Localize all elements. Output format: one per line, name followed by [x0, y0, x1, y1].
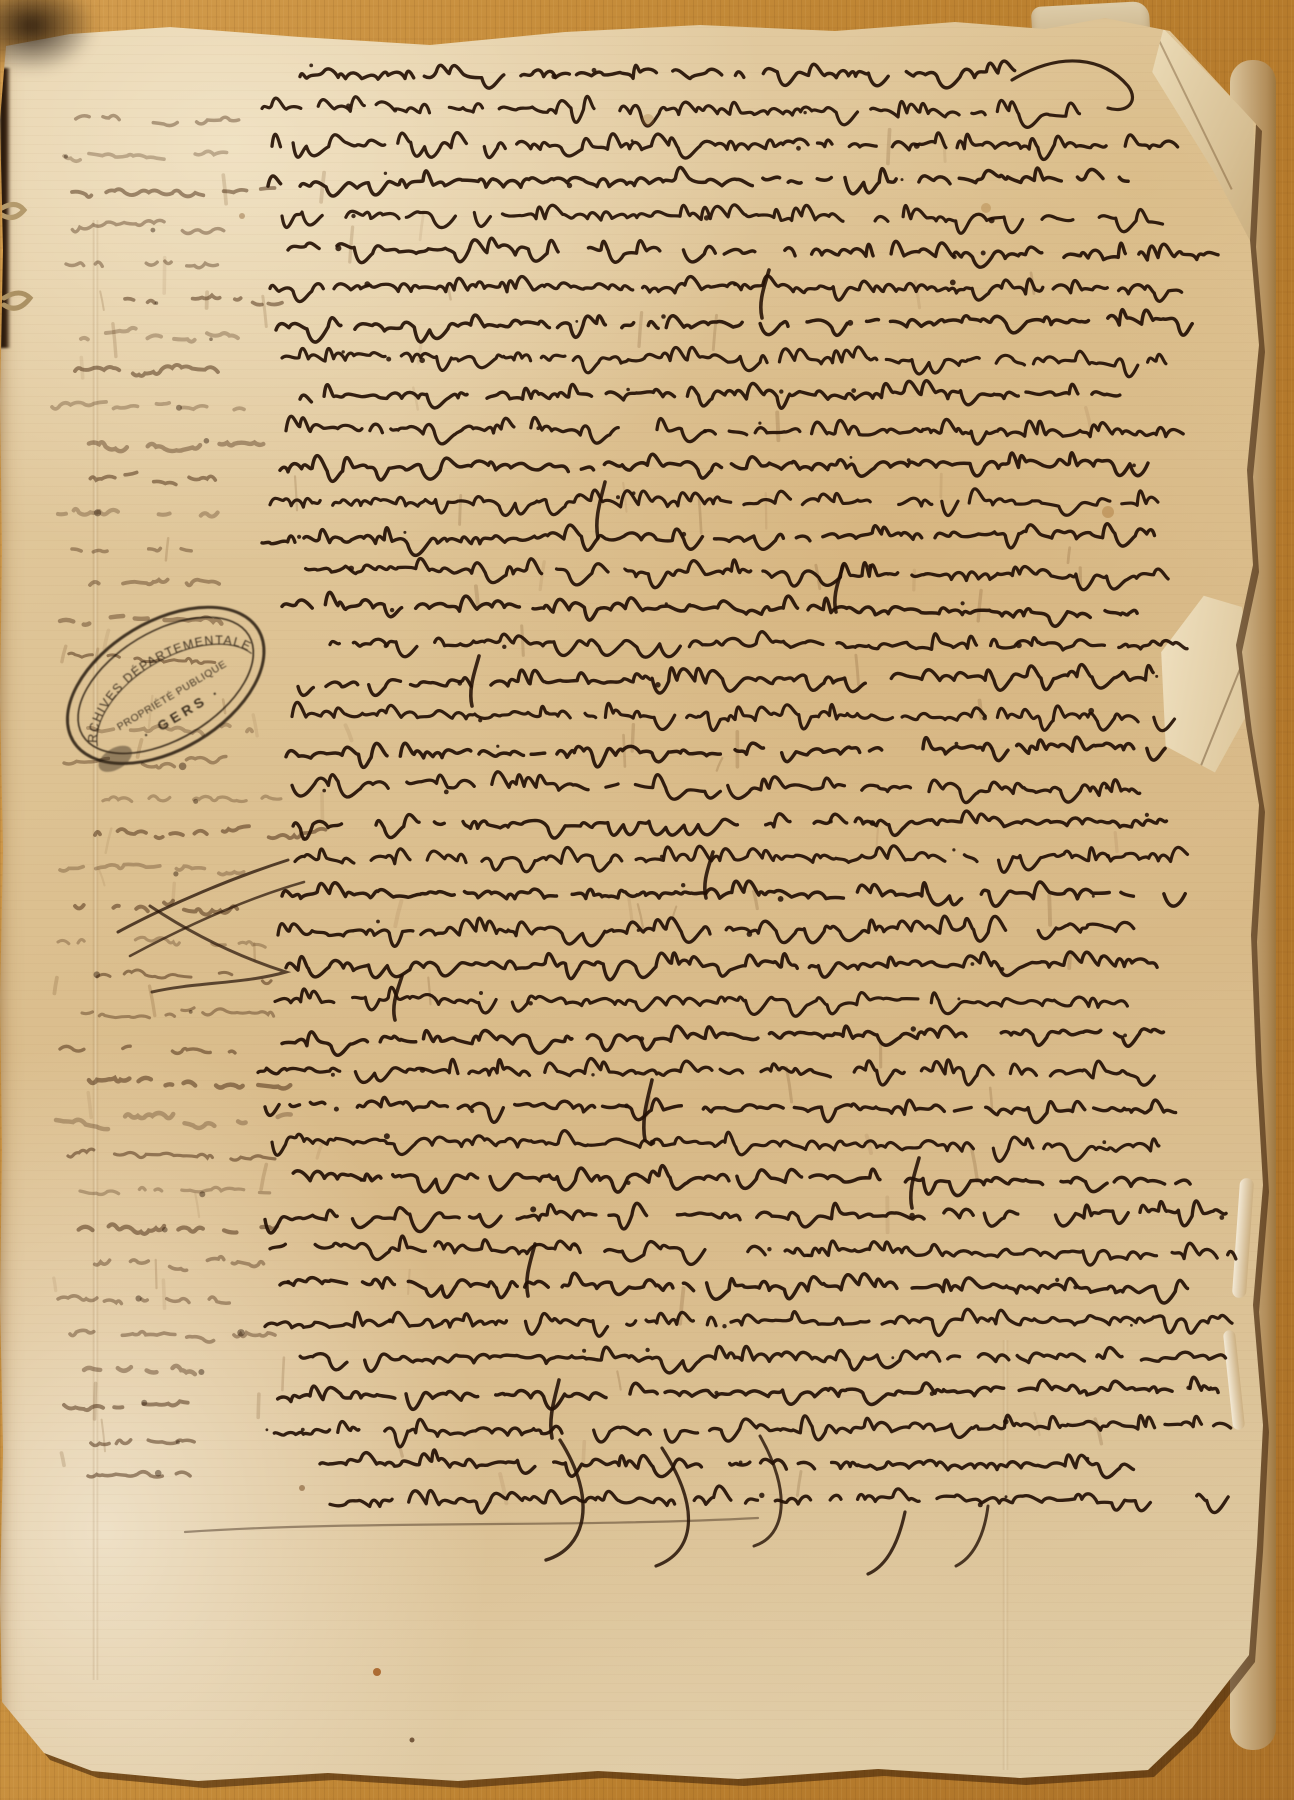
manuscript-page: ARCHIVES DÉPARTEMENTALES PROPRIÉTÉ PUBLI… [0, 0, 1294, 1800]
photo-scene: ARCHIVES DÉPARTEMENTALES PROPRIÉTÉ PUBLI… [0, 0, 1294, 1800]
handwriting-layer [0, 0, 1294, 1800]
photo-corner-shadow [0, 0, 96, 73]
stamp-ink-blotch [95, 741, 136, 777]
